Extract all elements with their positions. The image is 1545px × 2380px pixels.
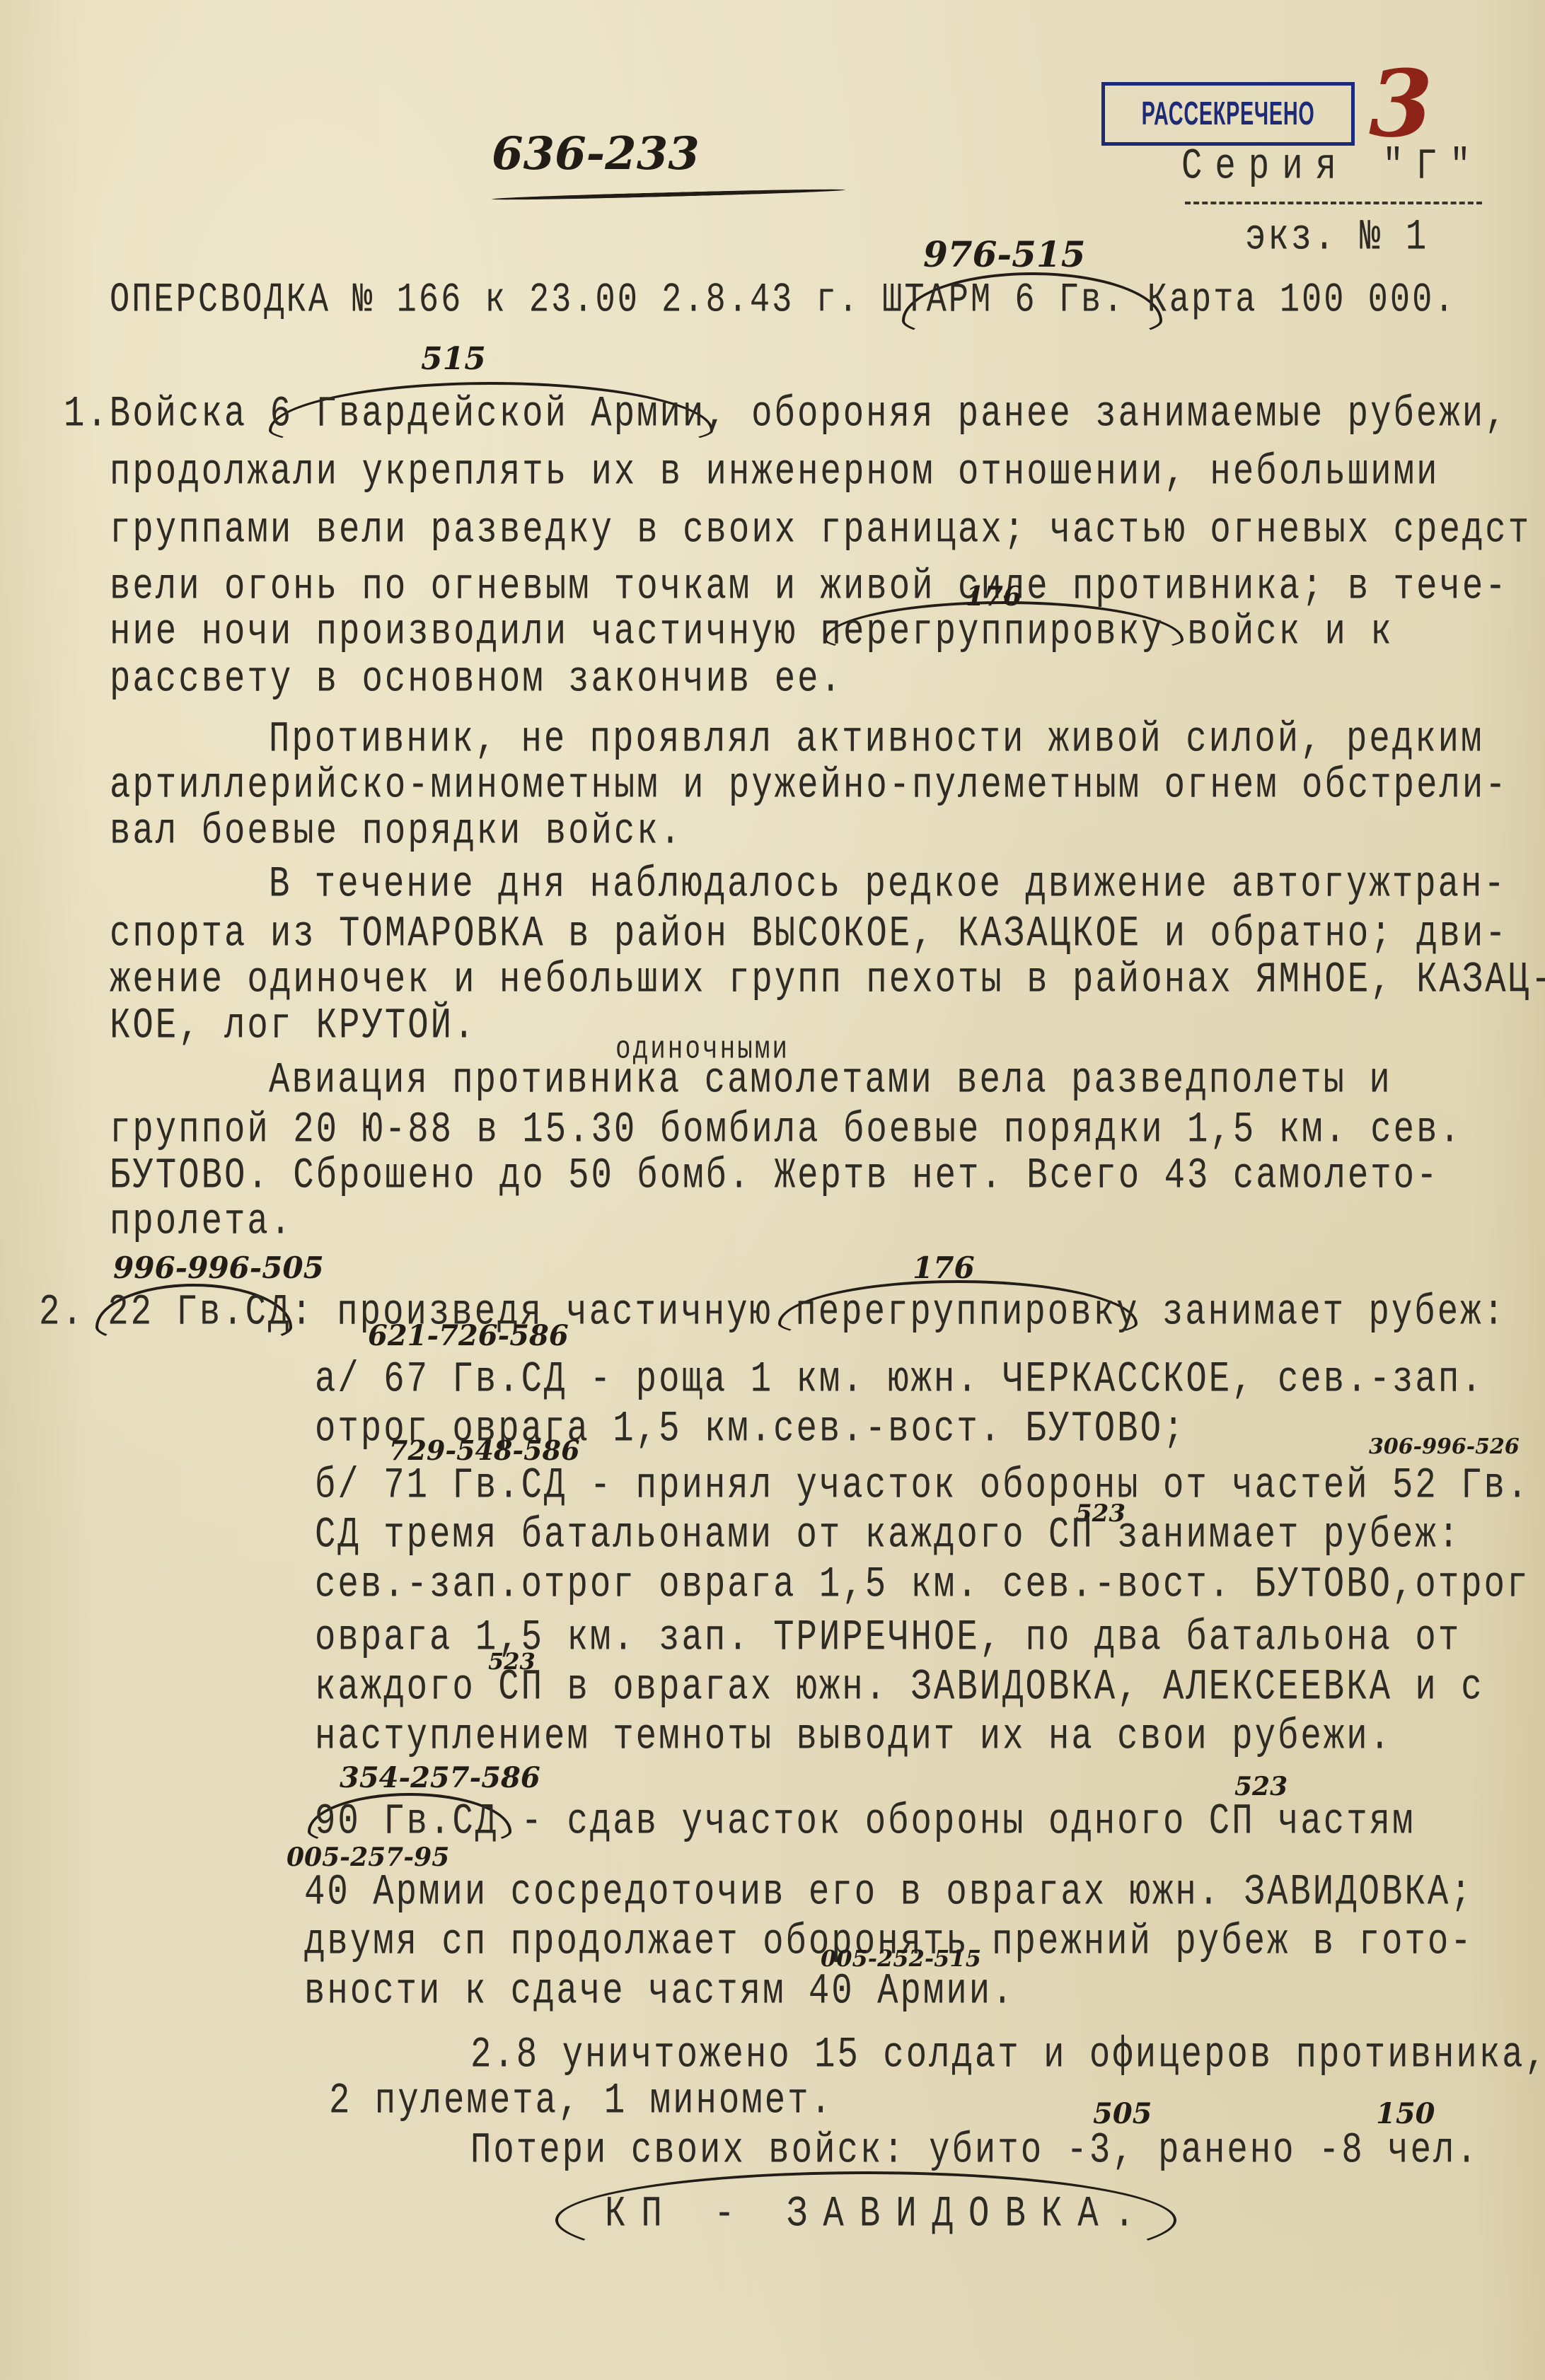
movement-line-1: спорта из ТОМАРОВКА в район ВЫСОКОЕ, КАЗ… <box>110 909 1508 958</box>
series-label: Серия "Г" <box>1181 141 1483 191</box>
results-line: 2.8 уничтожено 15 солдат и офицеров прот… <box>470 2030 1545 2079</box>
series-dashes <box>1185 202 1482 204</box>
s2-line-1: а/ 67 Гв.СД - роща 1 км. южн. ЧЕРКАССКОЕ… <box>315 1354 1484 1404</box>
document-page: РАССЕКРЕЧЕНО 3 636-233 Серия "Г" экз. № … <box>0 0 1545 2380</box>
s2-line-5: сев.-зап.отрог оврага 1,5 км. сев.-вост.… <box>315 1560 1529 1609</box>
results-line-2: 2 пулемета, 1 миномет. <box>329 2076 833 2125</box>
s2-line-6: оврага 1,5 км. зап. ТРИРЕЧНОЕ, по два ба… <box>315 1613 1461 1662</box>
aviation-line-3: пролета. <box>110 1197 293 1246</box>
command-post: КП - ЗАВИДОВКА. <box>605 2189 1150 2239</box>
s1-line-2: группами вели разведку в своих границах;… <box>110 505 1531 555</box>
enemy-line-2: вал боевые порядки войск. <box>110 806 683 856</box>
s2-line-4: СД тремя батальонами от каждого СП заним… <box>315 1510 1461 1560</box>
movement-line-3: КОЕ, лог КРУТОЙ. <box>110 1001 476 1050</box>
s1-line-4: ние ночи производили частичную перегрупп… <box>110 607 1394 656</box>
annotation-22gv: 996-996-505 <box>113 1250 324 1285</box>
declassified-stamp: РАССЕКРЕЧЕНО <box>1101 82 1355 146</box>
s2-line-7: каждого СП в оврагах южн. ЗАВИДОВКА, АЛЕ… <box>315 1662 1484 1712</box>
enemy-line-1: артиллерийско-минометным и ружейно-пулем… <box>110 760 1508 810</box>
s1-line-3: вели огонь по огневым точкам и живой сил… <box>110 562 1508 611</box>
s1-line-0: 1.Войска 6 Гвардейской Армии, обороняя р… <box>64 389 1508 439</box>
aviation-line-1: группой 20 Ю-88 в 15.30 бомбила боевые п… <box>110 1105 1462 1154</box>
doc-title: ОПЕРСВОДКА № 166 к 23.00 2.8.43 г. ШТАРМ… <box>110 277 1456 324</box>
annotation-52gv: 306-996-526 <box>1369 1434 1520 1459</box>
s2-line-8: наступлением темноты выводит их на свои … <box>315 1712 1392 1761</box>
s2-line-3: б/ 71 Гв.СД - принял участок обороны от … <box>315 1461 1529 1510</box>
stamp-label: РАССЕКРЕЧЕНО <box>1142 95 1315 132</box>
archive-ref-underline <box>492 187 845 201</box>
copy-label: экз. № 1 <box>1245 212 1428 262</box>
s2-line-12: вности к сдаче частям 40 Армии. <box>304 1966 1015 2016</box>
annotation-515: 515 <box>421 341 486 377</box>
archive-ref: 636-233 <box>492 127 700 180</box>
header-annotation: 976-515 <box>923 233 1086 275</box>
aviation-line-0: Авиация противника самолетами вела разве… <box>269 1055 1392 1105</box>
aviation-line-2: БУТОВО. Сброшено до 50 бомб. Жертв нет. … <box>110 1151 1439 1200</box>
s1-line-5: рассвету в основном закончив ее. <box>110 654 843 704</box>
movement-line-2: жение одиночек и небольших групп пехоты … <box>110 955 1545 1004</box>
s2-line-0: 2. 22 Гв.СД: произведя частичную перегру… <box>39 1287 1506 1337</box>
enemy-line-0: Противник, не проявлял активности живой … <box>269 714 1483 764</box>
annotation-90gv: 354-257-586 <box>340 1761 540 1794</box>
s1-line-1: продолжали укреплять их в инженерном отн… <box>110 447 1439 497</box>
annotation-67gv: 621-726-586 <box>368 1319 569 1352</box>
s2-line-9: 90 Гв.СД - сдав участок обороны одного С… <box>315 1796 1415 1846</box>
movement-line-0: В течение дня наблюдалось редкое движени… <box>269 859 1507 909</box>
losses-line: Потери своих войск: убито -3, ранено -8 … <box>470 2125 1479 2175</box>
s2-line-10: 40 Армии сосредоточив его в оврагах южн.… <box>304 1867 1474 1917</box>
